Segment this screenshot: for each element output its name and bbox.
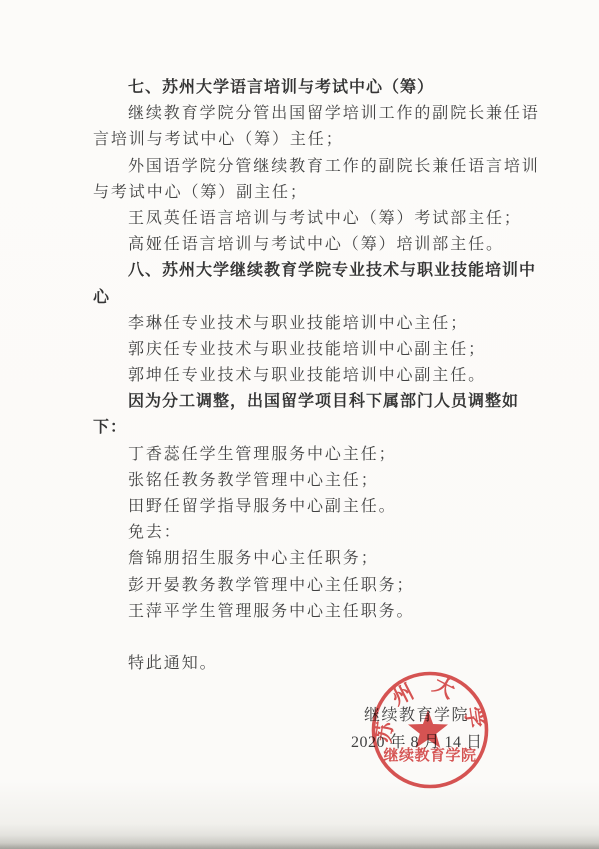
signature-org: 继续教育学院 [364, 703, 469, 729]
text-line: 田野任留学指导服务中心副主任。 [93, 494, 545, 520]
signature-date: 2020 年 8 月 14 日 [351, 730, 483, 756]
text-line: 彭开晏教务教学管理中心主任职务； [93, 573, 545, 599]
page-edge-shadow [0, 835, 599, 849]
text-line: 郭坤任专业技术与职业技能培训中心副主任。 [93, 363, 545, 389]
text-line: 八、苏州大学继续教育学院专业技术与职业技能培训中 [93, 258, 545, 284]
text-line: 丁香蕊任学生管理服务中心主任； [93, 442, 545, 468]
text-line: 王萍平学生管理服务中心主任职务。 [93, 599, 545, 625]
text-line: 郭庆任专业技术与职业技能培训中心副主任； [93, 337, 545, 363]
text-line: 下： [93, 415, 545, 441]
text-line: 免去： [93, 520, 545, 546]
text-line: 外国语学院分管继续教育工作的副院长兼任语言培训 [93, 154, 545, 180]
text-line: 继续教育学院分管出国留学培训工作的副院长兼任语 [93, 101, 545, 127]
text-line: 因为分工调整，出国留学项目科下属部门人员调整如 [93, 389, 545, 415]
text-line: 言培训与考试中心（筹）主任； [93, 127, 545, 153]
text-line: 詹锦朋招生服务中心主任职务； [93, 546, 545, 572]
document-body: 七、苏州大学语言培训与考试中心（筹）继续教育学院分管出国留学培训工作的副院长兼任… [93, 75, 545, 677]
text-line: 张铭任教务教学管理中心主任； [93, 468, 545, 494]
text-line: 心 [93, 285, 545, 311]
text-line: 与考试中心（筹）副主任； [93, 180, 545, 206]
text-line: 高娅任语言培训与考试中心（筹）培训部主任。 [93, 232, 545, 258]
text-line: 王凤英任语言培训与考试中心（筹）考试部主任； [93, 206, 545, 232]
text-line [93, 625, 545, 651]
text-line: 李琳任专业技术与职业技能培训中心主任； [93, 311, 545, 337]
document-page: 七、苏州大学语言培训与考试中心（筹）继续教育学院分管出国留学培训工作的副院长兼任… [0, 0, 599, 849]
text-line: 七、苏州大学语言培训与考试中心（筹） [93, 75, 545, 101]
text-line: 特此通知。 [93, 651, 545, 677]
